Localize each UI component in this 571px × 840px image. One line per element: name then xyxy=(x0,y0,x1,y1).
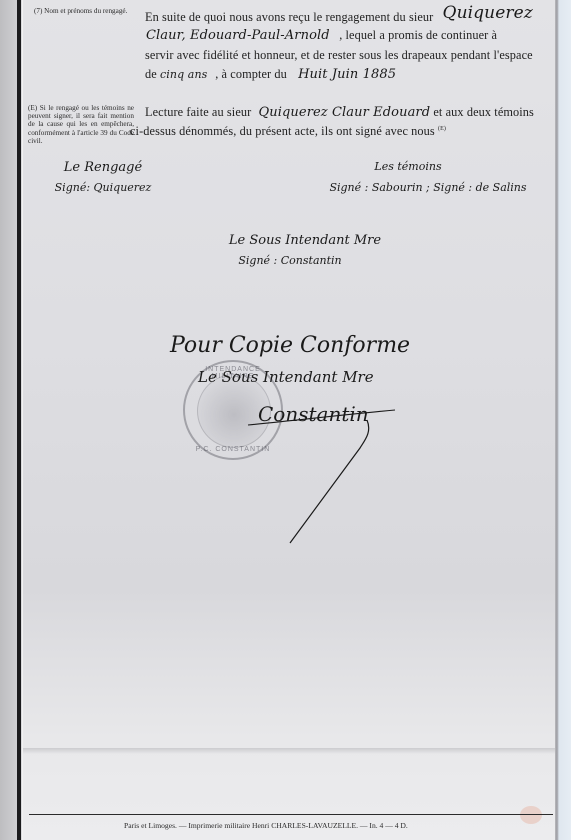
printer-imprint: Paris et Limoges. — Imprimerie militaire… xyxy=(124,821,408,830)
signature-flourish-icon xyxy=(0,0,571,840)
footer-rule xyxy=(29,814,553,815)
